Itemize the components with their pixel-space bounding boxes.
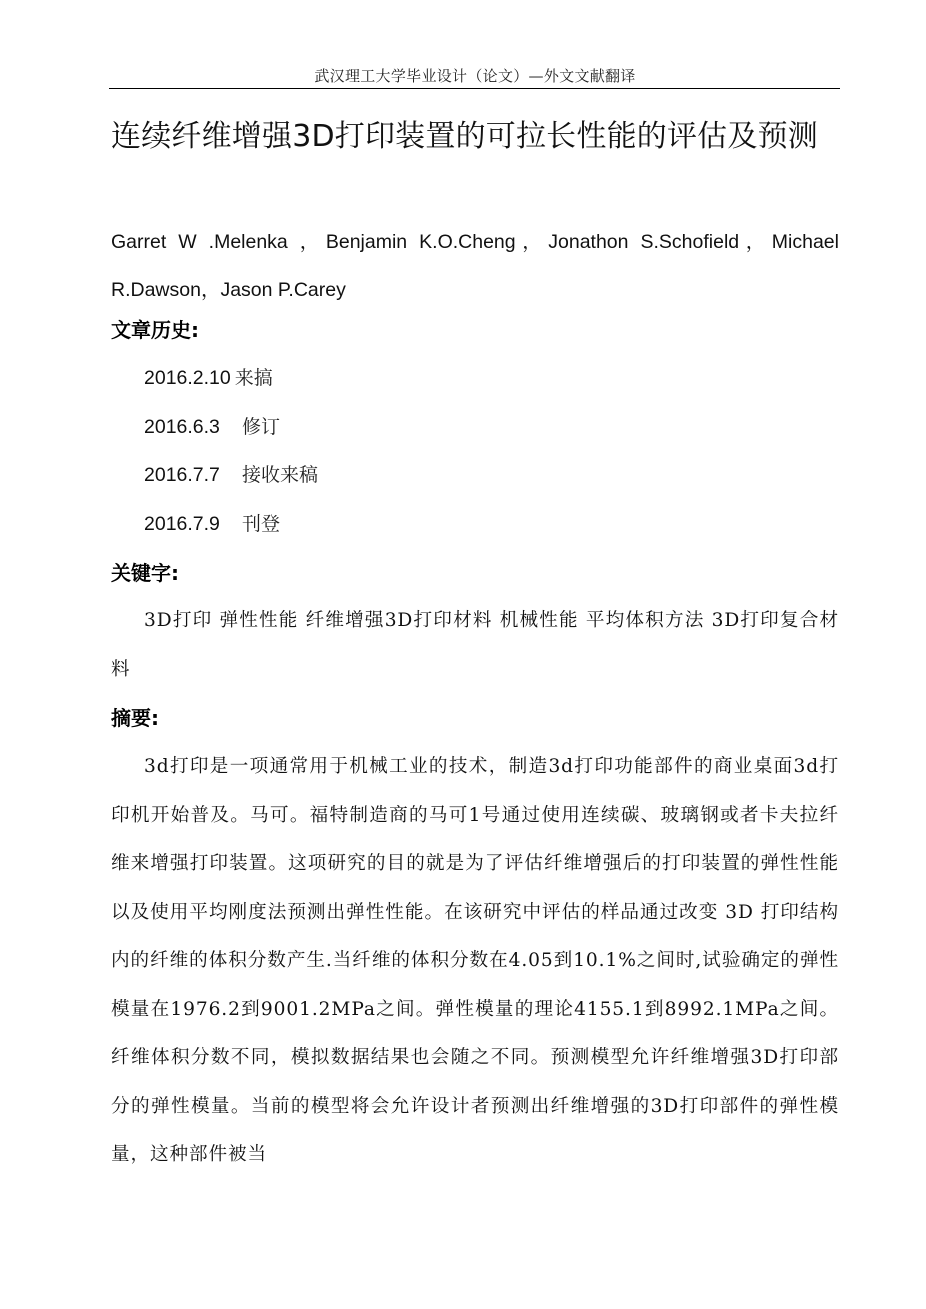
history-date: 2016.2.10 [144,364,231,392]
history-event: 修订 [242,416,280,438]
running-header: 武汉理工大学毕业设计（论文）—外文文献翻译 [110,66,840,86]
history-item: 2016.2.10来搞 [144,364,273,392]
history-item: 2016.7.9刊登 [144,510,280,538]
paper-title: 连续纤维增强3D打印装置的可拉长性能的评估及预测 [111,113,846,161]
history-heading: 文章历史: [111,316,199,344]
history-event: 刊登 [242,513,280,535]
history-date: 2016.6.3 [144,413,242,441]
document-page: 武汉理工大学毕业设计（论文）—外文文献翻译 连续纤维增强3D打印装置的可拉长性能… [0,0,926,1309]
keywords-heading: 关键字: [111,559,179,587]
history-item: 2016.6.3修订 [144,413,280,441]
history-event: 接收来稿 [242,464,318,486]
history-item: 2016.7.7接收来稿 [144,461,318,489]
keywords-text: 3D打印 弹性性能 纤维增强3D打印材料 机械性能 平均体积方法 3D打印复合材… [111,597,839,694]
abstract-heading: 摘要: [111,704,159,732]
history-date: 2016.7.7 [144,461,242,489]
history-event: 来搞 [235,367,273,389]
keywords-block: 3D打印 弹性性能 纤维增强3D打印材料 机械性能 平均体积方法 3D打印复合材… [111,597,839,694]
history-date: 2016.7.9 [144,510,242,538]
abstract-text: 3d打印是一项通常用于机械工业的技术，制造3d打印功能部件的商业桌面3d打印机开… [111,743,839,1180]
abstract-block: 3d打印是一项通常用于机械工业的技术，制造3d打印功能部件的商业桌面3d打印机开… [111,743,839,1180]
header-divider [109,88,840,89]
author-list: Garret W .Melenka ，Benjamin K.O.Cheng，Jo… [111,218,839,314]
